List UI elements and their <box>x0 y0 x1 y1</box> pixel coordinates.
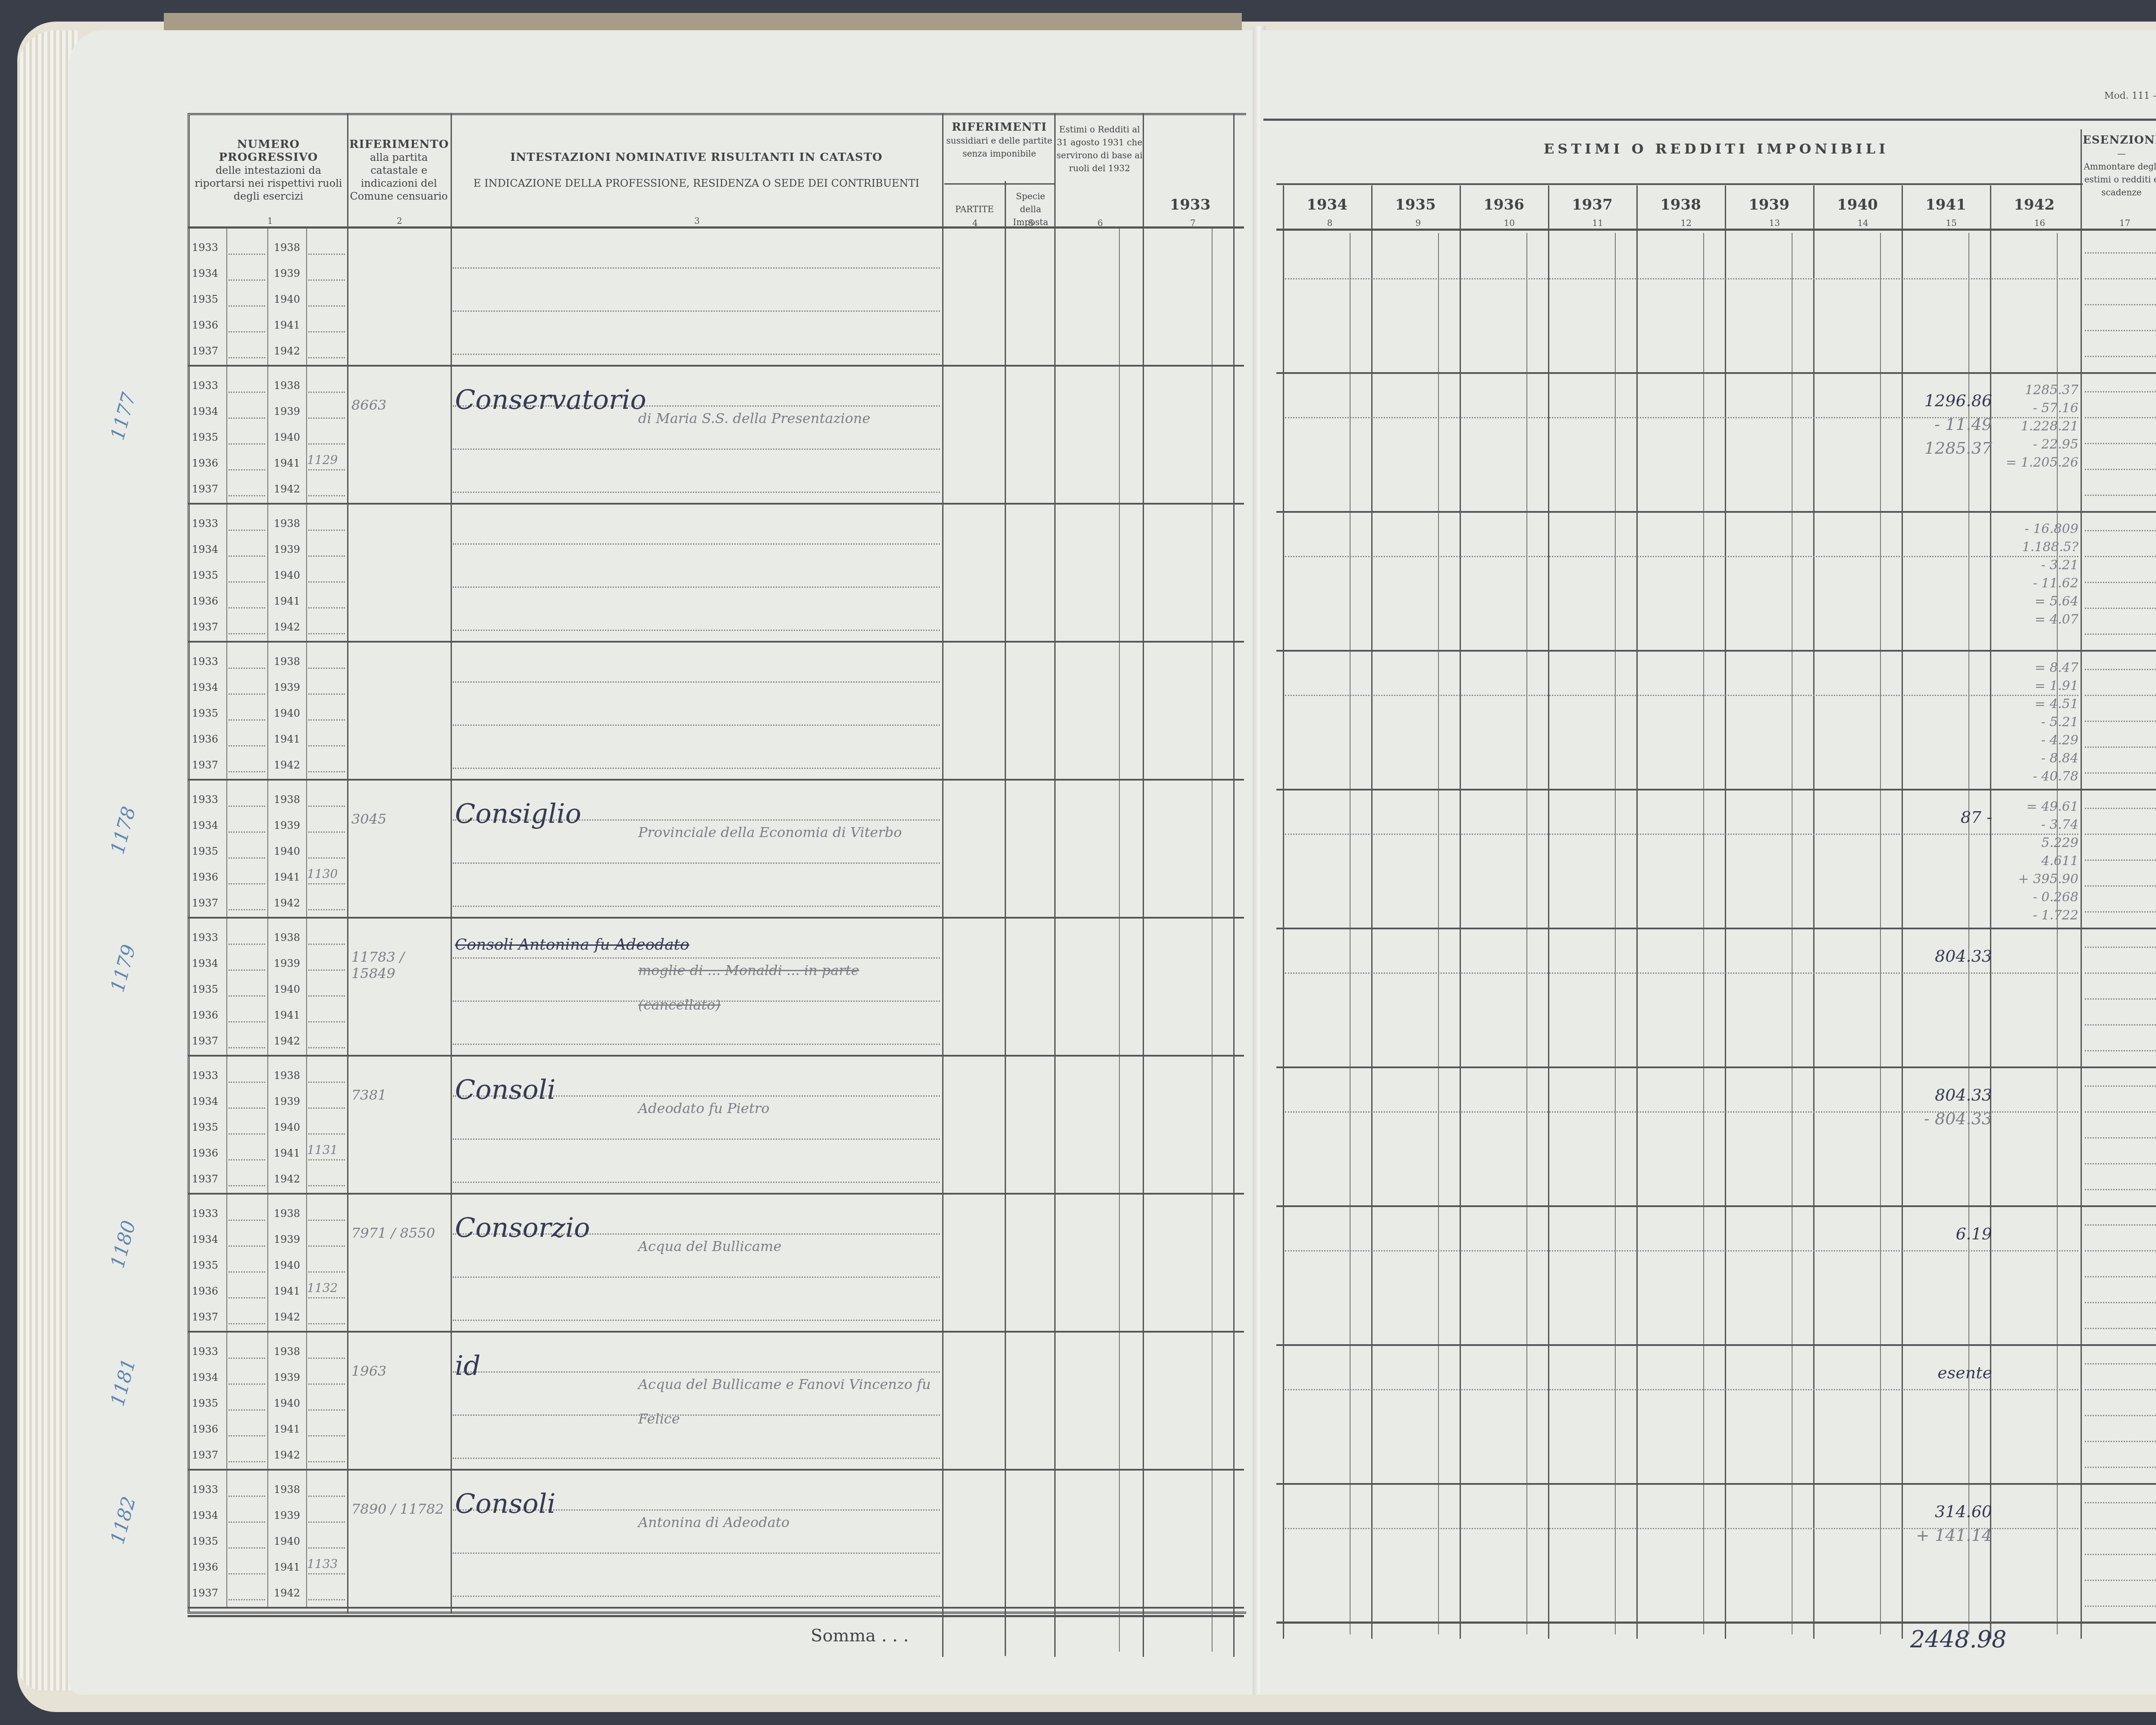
header-year-1933: 1933 <box>1147 196 1233 213</box>
dotted-rule <box>308 581 345 583</box>
col-subdivider <box>267 229 268 1609</box>
value-1942: - 1.722 <box>1992 908 2078 923</box>
col-divider <box>1233 113 1235 1657</box>
year-label: 1941 <box>274 1285 300 1297</box>
dotted-rule <box>2085 772 2156 774</box>
year-label: 1937 <box>192 897 218 909</box>
year-label: 1942 <box>274 483 300 495</box>
dotted-rule <box>308 1220 345 1221</box>
value-1941: 804.33 <box>1906 1085 1992 1104</box>
entry-separator <box>1276 511 2156 513</box>
value-1942: = 4.51 <box>1992 696 2078 712</box>
dotted-rule <box>453 681 940 683</box>
year-label: 1934 <box>192 681 218 693</box>
year-label: 1940 <box>274 1397 300 1409</box>
dotted-rule <box>2085 634 2156 635</box>
col-divider <box>1813 185 1814 1639</box>
value-1942: 1.188.5? <box>1992 539 2078 555</box>
col-subdivider <box>1350 233 1351 1634</box>
value-1942: - 11.62 <box>1992 576 2078 591</box>
entry-name: Consorzio <box>455 1212 590 1243</box>
ref-number: 1132 <box>307 1281 338 1295</box>
year-label: 1936 <box>192 457 218 469</box>
entry-separator <box>1276 1205 2156 1207</box>
dotted-rule <box>308 1323 345 1324</box>
col-number: 13 <box>1769 218 1780 228</box>
dotted-rule <box>308 719 345 721</box>
dotted-rule <box>229 909 265 910</box>
header-riferimento: RIFERIMENTOalla partita catastale e indi… <box>349 138 448 203</box>
dotted-rule <box>308 1245 345 1247</box>
value-1941: - 804.33 <box>1906 1109 1992 1128</box>
dotted-rule <box>229 392 265 393</box>
dotted-rule <box>229 1323 265 1324</box>
entry-separator <box>1276 1483 2156 1485</box>
year-label: 1942 <box>274 897 300 909</box>
dotted-rule <box>229 1461 265 1462</box>
dotted-rule <box>453 267 940 269</box>
entry-separator <box>188 1331 1244 1333</box>
dotted-rule <box>229 555 265 557</box>
ref-number: 1129 <box>307 453 338 467</box>
dotted-rule <box>229 1245 265 1247</box>
entry-separator <box>188 365 1244 367</box>
year-label: 1942 <box>274 621 300 633</box>
year-label: 1936 <box>192 1009 218 1021</box>
entry-detail: Antonina di Adeodato <box>638 1505 936 1540</box>
year-label: 1938 <box>274 1207 300 1220</box>
entry-separator <box>1276 650 2156 652</box>
entry-detail: Acqua del Bullicame e Fanovi Vincenzo fu… <box>638 1367 936 1436</box>
year-label: 1939 <box>274 681 300 693</box>
col-num-5: 5 <box>1028 218 1034 228</box>
dotted-rule <box>308 857 345 859</box>
entry-separator <box>188 917 1244 919</box>
dotted-rule <box>229 279 265 281</box>
dotted-rule <box>2085 1276 2156 1277</box>
value-1941: 314.60 <box>1906 1502 1992 1521</box>
year-label: 1937 <box>192 1173 218 1185</box>
dotted-rule <box>2085 278 2156 279</box>
dotted-rule <box>308 693 345 695</box>
dotted-rule <box>453 862 940 864</box>
dotted-rule <box>229 969 265 971</box>
year-label: 1938 <box>274 931 300 944</box>
col-divider <box>1725 185 1726 1639</box>
col-divider <box>942 113 943 1657</box>
year-label: 1936 <box>192 871 218 883</box>
value-1942: - 57.16 <box>1992 401 2078 416</box>
partita-number: 8663 <box>351 397 448 413</box>
dotted-rule <box>2085 885 2156 887</box>
dotted-rule <box>1285 972 2078 974</box>
entry-separator <box>188 503 1244 505</box>
value-1942: - 5.21 <box>1992 715 2078 730</box>
dotted-rule <box>2085 1389 2156 1390</box>
entry-detail: Provinciale della Economia di Viterbo <box>638 815 936 850</box>
entry-name: Consoli <box>455 1488 556 1519</box>
dotted-rule <box>229 883 265 884</box>
year-label: 1942 <box>274 1173 300 1185</box>
col-subdivider <box>1526 233 1527 1634</box>
right-top-rule <box>1263 119 2156 121</box>
col-divider <box>1460 185 1461 1639</box>
year-label: 1942 <box>274 345 300 357</box>
dotted-rule <box>308 1435 345 1436</box>
entry-detail: Acqua del Bullicame <box>638 1229 936 1264</box>
col-num-3: 3 <box>694 216 700 226</box>
year-label: 1934 <box>192 957 218 969</box>
year-label: 1938 <box>274 1069 300 1082</box>
dotted-rule <box>2085 1415 2156 1416</box>
year-label: 1934 <box>192 1509 218 1521</box>
dotted-rule <box>2085 1328 2156 1329</box>
dotted-rule <box>229 1220 265 1221</box>
header-riferimenti-sussidiari: RIFERIMENTIsussidiari e delle partite se… <box>944 121 1054 160</box>
year-label: 1934 <box>192 1095 218 1107</box>
dotted-rule <box>229 254 265 255</box>
dotted-rule <box>308 357 345 358</box>
col-divider <box>1143 113 1144 1657</box>
col-number: 14 <box>1858 218 1868 228</box>
col-num-2: 2 <box>397 216 402 226</box>
value-1942: - 0.268 <box>1992 890 2078 905</box>
header-rule <box>188 226 1244 229</box>
dotted-rule <box>308 1599 345 1600</box>
dotted-rule <box>308 305 345 307</box>
dotted-rule <box>453 630 940 631</box>
header-year-1942: 1942 <box>1990 196 2078 213</box>
year-label: 1939 <box>274 819 300 831</box>
dotted-rule <box>229 1573 265 1574</box>
dotted-rule <box>229 1082 265 1083</box>
year-label: 1939 <box>274 1095 300 1107</box>
dotted-rule <box>308 745 345 746</box>
dotted-rule <box>1285 1250 2078 1251</box>
value-1942: - 22.95 <box>1992 437 2078 452</box>
year-label: 1942 <box>274 1035 300 1047</box>
year-label: 1940 <box>274 431 300 443</box>
year-label: 1937 <box>192 1035 218 1047</box>
year-label: 1939 <box>274 267 300 279</box>
dotted-rule <box>308 806 345 807</box>
entry-separator <box>188 779 1244 781</box>
dotted-rule <box>308 417 345 419</box>
year-label: 1936 <box>192 1561 218 1573</box>
partita-number: 3045 <box>351 811 448 827</box>
right-footer-rule <box>1276 1621 2156 1624</box>
dotted-rule <box>2085 1189 2156 1190</box>
value-1942: - 4.29 <box>1992 733 2078 748</box>
dotted-rule <box>1285 1389 2078 1390</box>
dotted-rule <box>229 1107 265 1109</box>
dotted-rule <box>308 443 345 445</box>
dotted-rule <box>229 1383 265 1385</box>
col-number: 11 <box>1592 218 1603 228</box>
dotted-rule <box>453 1044 940 1045</box>
dotted-rule <box>229 1599 265 1600</box>
dotted-rule <box>2085 304 2156 305</box>
year-label: 1935 <box>192 1535 218 1547</box>
entry-name: Consiglio <box>455 798 581 829</box>
header-estimi-1931: Estimi o Redditi al 31 agosto 1931 che s… <box>1056 123 1143 175</box>
value-1942: + 395.90 <box>1992 872 2078 887</box>
year-label: 1941 <box>274 1009 300 1021</box>
dotted-rule <box>229 1047 265 1048</box>
dotted-rule <box>229 719 265 721</box>
value-1941: 804.33 <box>1906 947 1992 966</box>
year-label: 1939 <box>274 1509 300 1521</box>
dotted-rule <box>453 1552 940 1554</box>
dotted-rule <box>308 668 345 669</box>
dotted-rule <box>308 254 345 255</box>
entry-name: Consoli Antonina fu Adeodato <box>455 936 689 953</box>
year-label: 1935 <box>192 1121 218 1133</box>
entry-detail: Adeodato fu Pietro <box>638 1091 936 1126</box>
dotted-rule <box>229 331 265 332</box>
value-1942: = 1.91 <box>1992 678 2078 693</box>
header-numero-progressivo: NUMERO PROGRESSIVOdelle intestazioni da … <box>190 138 347 203</box>
value-1942: 1285.37 <box>1992 383 2078 398</box>
dotted-rule <box>229 1409 265 1411</box>
dotted-rule <box>229 1435 265 1436</box>
year-label: 1941 <box>274 457 300 469</box>
col-num-17: 17 <box>2119 218 2130 228</box>
dotted-rule <box>308 1159 345 1160</box>
year-label: 1940 <box>274 983 300 995</box>
year-label: 1941 <box>274 733 300 745</box>
dotted-rule <box>308 279 345 281</box>
year-label: 1934 <box>192 1371 218 1383</box>
dotted-rule <box>308 555 345 557</box>
dotted-rule <box>308 995 345 997</box>
entry-name: Conservatorio <box>455 384 646 415</box>
dotted-rule <box>2085 1467 2156 1468</box>
partita-number: 7971 / 8550 <box>351 1225 448 1241</box>
dotted-rule <box>308 392 345 393</box>
dotted-rule <box>229 1185 265 1186</box>
year-label: 1939 <box>274 543 300 555</box>
year-label: 1933 <box>192 655 218 668</box>
dotted-rule <box>308 1496 345 1497</box>
header-year-1937: 1937 <box>1548 196 1636 213</box>
year-label: 1933 <box>192 1483 218 1496</box>
dotted-rule <box>308 1573 345 1574</box>
footer-rule <box>188 1615 1244 1617</box>
col-number: 16 <box>2034 218 2045 228</box>
dotted-rule <box>308 1047 345 1048</box>
col-number: 10 <box>1504 218 1515 228</box>
entry-name: Consoli <box>455 1074 556 1105</box>
year-label: 1935 <box>192 293 218 305</box>
dotted-rule <box>453 724 940 726</box>
dotted-rule <box>229 1271 265 1273</box>
dotted-rule <box>2085 834 2156 835</box>
partita-number: 11783 / 15849 <box>351 949 448 982</box>
col-subdivider <box>1615 233 1616 1634</box>
value-1941: 1296.86 <box>1906 391 1992 410</box>
col-subdivider <box>1438 233 1439 1634</box>
year-label: 1937 <box>192 345 218 357</box>
year-label: 1934 <box>192 1233 218 1245</box>
dotted-rule <box>453 543 940 545</box>
entry-separator <box>188 1607 1244 1609</box>
dotted-rule <box>229 357 265 358</box>
header-year-1934: 1934 <box>1283 196 1371 213</box>
dotted-rule <box>229 530 265 531</box>
header-esenzioni: ESENZIONI—Ammontare degli estimi o reddi… <box>2083 134 2156 199</box>
col-subdivider <box>306 229 307 1609</box>
dotted-rule <box>2085 1502 2156 1503</box>
header-year-1939: 1939 <box>1725 196 1813 213</box>
ref-number: 1131 <box>307 1143 338 1157</box>
dotted-rule <box>308 1133 345 1135</box>
col-number: 8 <box>1327 218 1333 228</box>
year-label: 1941 <box>274 319 300 331</box>
dotted-rule <box>2085 1302 2156 1303</box>
dotted-rule <box>2085 356 2156 357</box>
dotted-rule <box>229 1021 265 1022</box>
dotted-rule <box>2085 556 2156 557</box>
year-label: 1937 <box>192 483 218 495</box>
entry-separator <box>188 1193 1244 1195</box>
entry-separator <box>1276 372 2156 374</box>
header-intestazioni: INTESTAZIONI NOMINATIVE RISULTANTI IN CA… <box>453 151 940 190</box>
year-label: 1934 <box>192 819 218 831</box>
col-num-1: 1 <box>267 216 273 226</box>
dotted-rule <box>2085 1024 2156 1026</box>
value-1941: 1285.37 <box>1906 439 1992 458</box>
dotted-rule <box>308 1547 345 1549</box>
year-label: 1935 <box>192 431 218 443</box>
year-label: 1937 <box>192 621 218 633</box>
dotted-rule <box>2085 721 2156 722</box>
year-label: 1933 <box>192 931 218 944</box>
year-label: 1936 <box>192 1285 218 1297</box>
dotted-rule <box>308 1409 345 1411</box>
dotted-rule <box>308 1271 345 1273</box>
dotted-rule <box>308 883 345 884</box>
dotted-rule <box>2085 469 2156 470</box>
dotted-rule <box>453 768 940 769</box>
entry-separator <box>188 641 1244 643</box>
col-number: 12 <box>1681 218 1692 228</box>
dotted-rule <box>2085 1085 2156 1087</box>
dotted-rule <box>229 668 265 669</box>
dotted-rule <box>308 1297 345 1298</box>
col-num-7: 7 <box>1190 218 1196 228</box>
dotted-rule <box>2085 1441 2156 1442</box>
year-label: 1935 <box>192 1397 218 1409</box>
year-label: 1934 <box>192 405 218 417</box>
dotted-rule <box>453 1320 940 1321</box>
year-label: 1937 <box>192 1587 218 1599</box>
dotted-rule <box>229 1547 265 1549</box>
year-label: 1942 <box>274 1449 300 1461</box>
year-label: 1942 <box>274 1311 300 1323</box>
somma-1941-value: 2448.98 <box>1910 1626 2006 1653</box>
value-1941: + 141.14 <box>1906 1526 1992 1545</box>
dotted-rule <box>229 469 265 470</box>
year-label: 1937 <box>192 759 218 771</box>
year-label: 1941 <box>274 1561 300 1573</box>
dotted-rule <box>2085 1250 2156 1251</box>
year-label: 1940 <box>274 845 300 857</box>
dotted-rule <box>308 1461 345 1462</box>
header-year-1940: 1940 <box>1813 196 1902 213</box>
dotted-rule <box>229 633 265 634</box>
ref-number: 1133 <box>307 1557 338 1571</box>
dotted-rule <box>2085 1554 2156 1555</box>
dotted-rule <box>2085 911 2156 913</box>
col-divider <box>1371 185 1373 1639</box>
entry-name: id <box>455 1350 481 1381</box>
year-label: 1938 <box>274 379 300 392</box>
dotted-rule <box>453 354 940 355</box>
year-label: 1940 <box>274 1121 300 1133</box>
year-label: 1937 <box>192 1449 218 1461</box>
dotted-rule <box>308 909 345 910</box>
year-label: 1941 <box>274 871 300 883</box>
year-label: 1933 <box>192 1069 218 1082</box>
year-label: 1939 <box>274 1233 300 1245</box>
dotted-rule <box>229 806 265 807</box>
dotted-rule <box>2085 808 2156 809</box>
dotted-rule <box>2085 746 2156 748</box>
dotted-rule <box>308 633 345 634</box>
value-1942: - 3.21 <box>1992 558 2078 573</box>
somma-label: Somma . . . <box>811 1626 909 1646</box>
year-label: 1935 <box>192 707 218 719</box>
year-label: 1942 <box>274 1587 300 1599</box>
dotted-rule <box>2085 495 2156 496</box>
partita-number: 7381 <box>351 1087 448 1103</box>
dotted-rule <box>229 581 265 583</box>
year-label: 1933 <box>192 241 218 254</box>
dotted-rule <box>229 771 265 772</box>
value-1942: = 4.07 <box>1992 612 2078 627</box>
dotted-rule <box>229 1358 265 1359</box>
header-year-1938: 1938 <box>1636 196 1725 213</box>
dotted-rule <box>1285 695 2078 696</box>
dotted-rule <box>308 969 345 971</box>
dotted-rule <box>2085 1111 2156 1113</box>
entry-separator <box>188 1469 1244 1471</box>
dotted-rule <box>2085 417 2156 418</box>
header-year-1941: 1941 <box>1902 196 1990 213</box>
partita-number: 7890 / 11782 <box>351 1501 448 1517</box>
dotted-rule <box>2085 1363 2156 1364</box>
dotted-rule <box>229 995 265 997</box>
ref-number: 1130 <box>307 867 338 881</box>
year-label: 1937 <box>192 1311 218 1323</box>
year-label: 1938 <box>274 1345 300 1358</box>
col-divider <box>347 113 348 1614</box>
dotted-rule <box>2085 530 2156 531</box>
value-1942: 5.229 <box>1992 835 2078 850</box>
year-header-rule <box>1276 183 2083 185</box>
dotted-rule <box>2085 582 2156 583</box>
dotted-rule <box>308 771 345 772</box>
dotted-rule <box>229 745 265 746</box>
dotted-rule <box>308 495 345 496</box>
year-label: 1933 <box>192 1207 218 1220</box>
dotted-rule <box>2085 1137 2156 1138</box>
dotted-rule <box>229 1133 265 1135</box>
col-subdivider <box>1880 233 1881 1634</box>
dotted-rule <box>308 1021 345 1022</box>
dotted-rule <box>229 857 265 859</box>
